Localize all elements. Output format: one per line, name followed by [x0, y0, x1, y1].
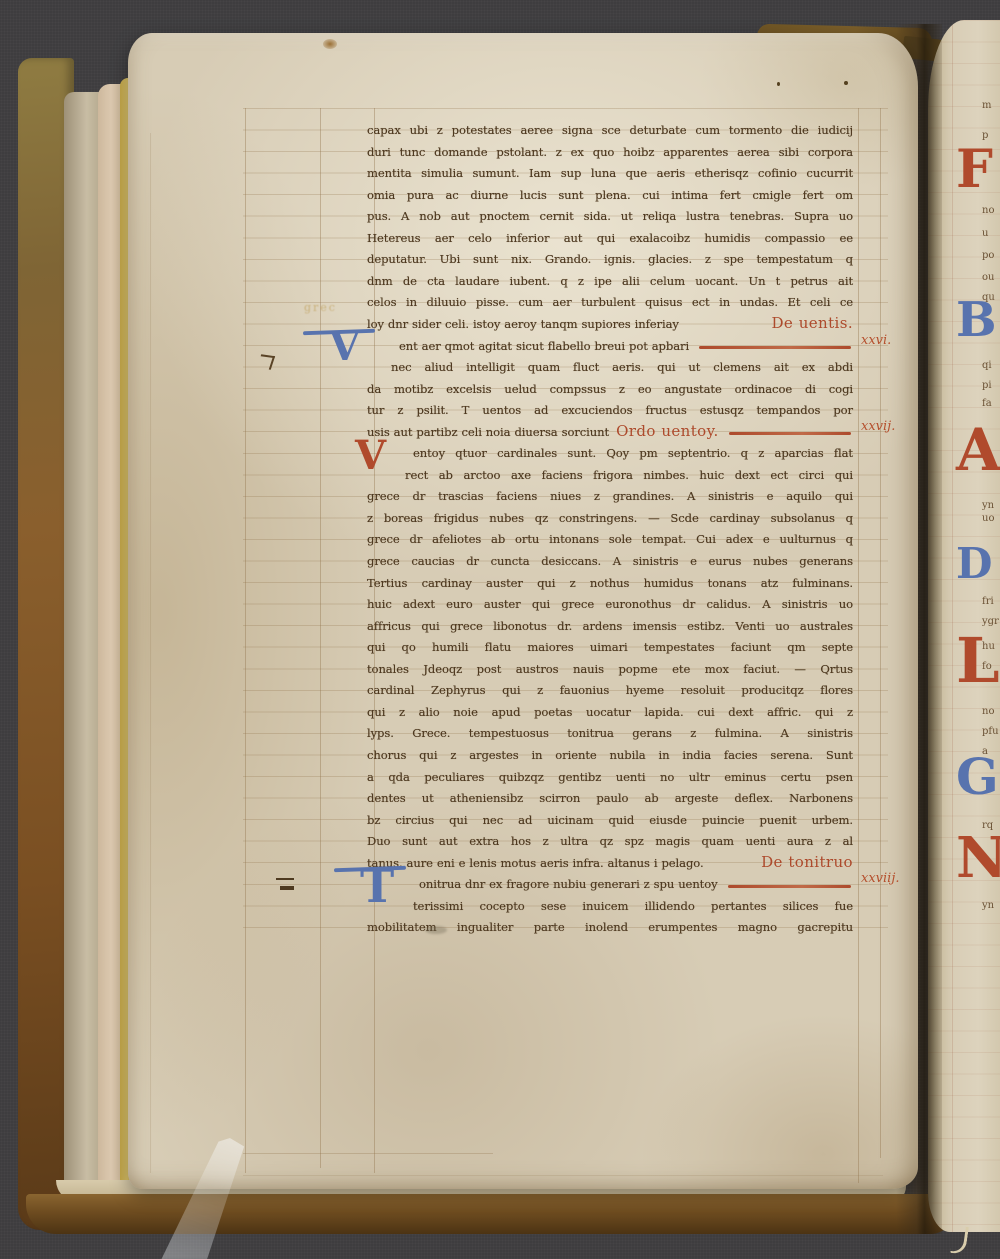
faint-gloss: grec [304, 301, 337, 314]
line-text: z boreas frigidus nubes qz constringens.… [367, 511, 853, 525]
line-text: Tertius cardinay auster qui z nothus hum… [367, 576, 853, 590]
manuscript-line: da motibz excelsis uelud compssus z eo a… [367, 379, 853, 401]
manuscript-line: ent aer qmot agitat sicut flabello breui… [367, 336, 853, 358]
facing-text-fragment: fri [982, 596, 994, 607]
manuscript-line: omia pura ac diurne lucis sunt plena. cu… [367, 185, 853, 207]
manuscript-line: usis aut partibz celi noia diuersa sorci… [367, 422, 853, 444]
facing-text-fragment: pfu [982, 726, 999, 737]
rubric-flourish [729, 432, 851, 435]
line-text: dnm de cta laudare iubent. q z ipe alii … [367, 274, 853, 288]
rubric-heading: De uentis. [771, 316, 853, 331]
rubric-heading: De tonitruo [761, 855, 853, 870]
manuscript-page: capax ubi z potestates aeree signa sce d… [128, 33, 918, 1189]
manuscript-line: cardinal Zephyrus qui z fauonius hyeme r… [367, 680, 853, 702]
line-text: huic adext euro auster qui grece euronot… [367, 597, 853, 611]
line-text: duri tunc domande pstolant. z ex quo hoi… [367, 145, 853, 159]
illuminated-initial-V: V [329, 329, 360, 365]
line-text: ent aer qmot agitat sicut flabello breui… [399, 336, 689, 357]
ruling-line-vertical [245, 108, 246, 1173]
book-cover-bottom-edge [26, 1194, 956, 1234]
facing-text-fragment: pi [982, 380, 992, 391]
facing-text-fragment: hu [982, 641, 995, 652]
line-text: loy dnr sider celi. istoy aeroy tanqm su… [367, 314, 679, 335]
rubric-heading: Ordo uentoy. [616, 424, 719, 439]
line-text: rect ab arctoo axe faciens frigora nimbe… [405, 468, 853, 482]
line-text: grece caucias dr cuncta desiccans. A sin… [367, 554, 853, 568]
facing-text-fragment: no [982, 205, 994, 216]
facing-text-fragment: no [982, 706, 994, 717]
facing-initial-A: A [956, 424, 1000, 476]
manuscript-line: dnm de cta laudare iubent. q z ipe alii … [367, 271, 853, 293]
line-text: tanus. aure eni e lenis motus aeris infr… [367, 853, 704, 874]
line-text: chorus qui z argestes in oriente nubila … [367, 748, 853, 762]
line-text: entoy qtuor cardinales sunt. Qoy pm sept… [413, 446, 853, 460]
manuscript-line: grece dr afeliotes ab ortu intonans sole… [367, 529, 853, 551]
line-text: lyps. Grece. tempestuosus tonitrua geran… [367, 726, 853, 740]
manuscript-line: pus. A nob aut pnoctem cernit sida. ut r… [367, 206, 853, 228]
line-text: bz circius qui nec ad uicinam quid eiusd… [367, 813, 853, 827]
nota-mark-icon [276, 878, 294, 886]
line-text: onitrua dnr ex fragore nubiu generari z … [419, 874, 718, 895]
manuscript-line: tur z psilit. T uentos ad excuciendos fr… [367, 400, 853, 422]
facing-text-fragment: po [982, 250, 994, 261]
line-text: affricus qui grece libonotus dr. ardens … [367, 619, 853, 633]
manuscript-line: affricus qui grece libonotus dr. ardens … [367, 616, 853, 638]
line-text: da motibz excelsis uelud compssus z eo a… [367, 382, 853, 396]
line-text: tur z psilit. T uentos ad excuciendos fr… [367, 403, 853, 417]
rubric-flourish [728, 885, 851, 888]
line-text: a qda peculiares quibzqz gentibz uenti n… [367, 770, 853, 784]
manuscript-line: tonales Jdeoqz post austros nauis popme … [367, 659, 853, 681]
manuscript-line: celos in diluuio pisse. cum aer turbulen… [367, 292, 853, 314]
ink-speck [777, 82, 780, 86]
ruling-line-horizontal [243, 1153, 493, 1154]
line-text: terissimi cocepto sese inuicem illidendo… [413, 899, 853, 913]
ruling-line-vertical [150, 133, 151, 1173]
page-stack-edge-gray [64, 92, 102, 1194]
facing-text-fragment: ygr [982, 616, 999, 627]
facing-text-fragment: yn [982, 500, 994, 511]
line-text: deputatur. Ubi sunt nix. Grando. ignis. … [367, 252, 853, 266]
facing-initial-F: F [956, 147, 993, 194]
text-block: capax ubi z potestates aeree signa sce d… [367, 120, 853, 955]
manuscript-line: lyps. Grece. tempestuosus tonitrua geran… [367, 723, 853, 745]
line-text: celos in diluuio pisse. cum aer turbulen… [367, 295, 853, 309]
manuscript-line: qui qo humili flatu maiores uimari tempe… [367, 637, 853, 659]
manuscript-photo: FBADLGNmpnoupoouquqipifaynuofriygrhufono… [0, 0, 1000, 1259]
manuscript-line: chorus qui z argestes in oriente nubila … [367, 745, 853, 767]
facing-text-fragment: qi [982, 360, 992, 371]
facing-text-fragment: ou [982, 272, 994, 283]
facing-text-fragment: qu [982, 292, 995, 303]
manuscript-line: dentes ut atheniensibz scirron paulo ab … [367, 788, 853, 810]
manuscript-line: loy dnr sider celi. istoy aeroy tanqm su… [367, 314, 853, 336]
facing-text-fragment: fa [982, 398, 992, 409]
rubric-flourish [699, 346, 851, 349]
manuscript-line: Tertius cardinay auster qui z nothus hum… [367, 573, 853, 595]
line-text: Hetereus aer celo inferior aut qui exala… [367, 231, 853, 245]
facing-initial-B: B [956, 299, 997, 342]
manuscript-line: onitrua dnr ex fragore nubiu generari z … [367, 874, 853, 896]
manuscript-line: rect ab arctoo axe faciens frigora nimbe… [367, 465, 853, 487]
line-text: grece dr trascias faciens niues z grandi… [367, 489, 853, 503]
manuscript-line: capax ubi z potestates aeree signa sce d… [367, 120, 853, 142]
manuscript-line: huic adext euro auster qui grece euronot… [367, 594, 853, 616]
chapter-number: xxvij. [861, 419, 895, 434]
facing-initial-D: D [956, 545, 992, 583]
manuscript-line: mentita simulia sumunt. Iam sup luna que… [367, 163, 853, 185]
chapter-number: xxvi. [861, 333, 891, 348]
ink-speck [844, 81, 848, 85]
line-text: omia pura ac diurne lucis sunt plena. cu… [367, 188, 853, 202]
manuscript-line: deputatur. Ubi sunt nix. Grando. ignis. … [367, 249, 853, 271]
facing-text-fragment: yn [982, 900, 994, 911]
facing-text-fragment: fo [982, 661, 992, 672]
facing-text-fragment: rq [982, 820, 993, 831]
facing-text-fragment: m [982, 100, 991, 111]
facing-text-fragment: p [982, 130, 988, 141]
line-text: qui z alio noie apud poetas uocatur lapi… [367, 705, 853, 719]
line-text: pus. A nob aut pnoctem cernit sida. ut r… [367, 209, 853, 223]
ruling-line-horizontal [243, 1175, 883, 1176]
manuscript-line: duri tunc domande pstolant. z ex quo hoi… [367, 142, 853, 164]
manuscript-line: qui z alio noie apud poetas uocatur lapi… [367, 702, 853, 724]
manuscript-line: tanus. aure eni e lenis motus aeris infr… [367, 853, 853, 875]
manuscript-line: grece dr trascias faciens niues z grandi… [367, 486, 853, 508]
parchment-thread [950, 1225, 969, 1255]
line-text: mentita simulia sumunt. Iam sup luna que… [367, 166, 853, 180]
manuscript-line: a qda peculiares quibzqz gentibz uenti n… [367, 767, 853, 789]
facing-initial-N: N [956, 833, 1000, 883]
ruling-line-vertical [320, 108, 321, 1168]
manuscript-line: Duo sunt aut extra hos z ultra qz spz ma… [367, 831, 853, 853]
manuscript-line: terissimi cocepto sese inuicem illidendo… [367, 896, 853, 918]
manuscript-line: z boreas frigidus nubes qz constringens.… [367, 508, 853, 530]
stain [425, 926, 447, 934]
manuscript-line: bz circius qui nec ad uicinam quid eiusd… [367, 810, 853, 832]
facing-text-fragment: a [982, 746, 988, 757]
line-text: cardinal Zephyrus qui z fauonius hyeme r… [367, 683, 853, 697]
stain [323, 39, 337, 49]
line-text: usis aut partibz celi noia diuersa sorci… [367, 422, 609, 443]
manuscript-line: grece caucias dr cuncta desiccans. A sin… [367, 551, 853, 573]
line-text: tonales Jdeoqz post austros nauis popme … [367, 662, 853, 676]
line-text: qui qo humili flatu maiores uimari tempe… [367, 640, 853, 654]
manuscript-line: entoy qtuor cardinales sunt. Qoy pm sept… [367, 443, 853, 465]
ruling-line-vertical [858, 108, 859, 1183]
line-text: capax ubi z potestates aeree signa sce d… [367, 123, 853, 137]
line-text: Duo sunt aut extra hos z ultra qz spz ma… [367, 834, 853, 848]
manuscript-line: nec aliud intelligit quam fluct aeris. q… [367, 357, 853, 379]
facing-text-fragment: uo [982, 513, 994, 524]
facing-text-fragment: u [982, 228, 988, 239]
chapter-number: xxviij. [861, 871, 900, 886]
manuscript-line: Hetereus aer celo inferior aut qui exala… [367, 228, 853, 250]
line-text: nec aliud intelligit quam fluct aeris. q… [391, 360, 853, 374]
ruling-line-vertical [880, 108, 881, 1158]
line-text: grece dr afeliotes ab ortu intonans sole… [367, 532, 853, 546]
facing-initial-G: G [956, 754, 999, 799]
line-text: dentes ut atheniensibz scirron paulo ab … [367, 791, 853, 805]
